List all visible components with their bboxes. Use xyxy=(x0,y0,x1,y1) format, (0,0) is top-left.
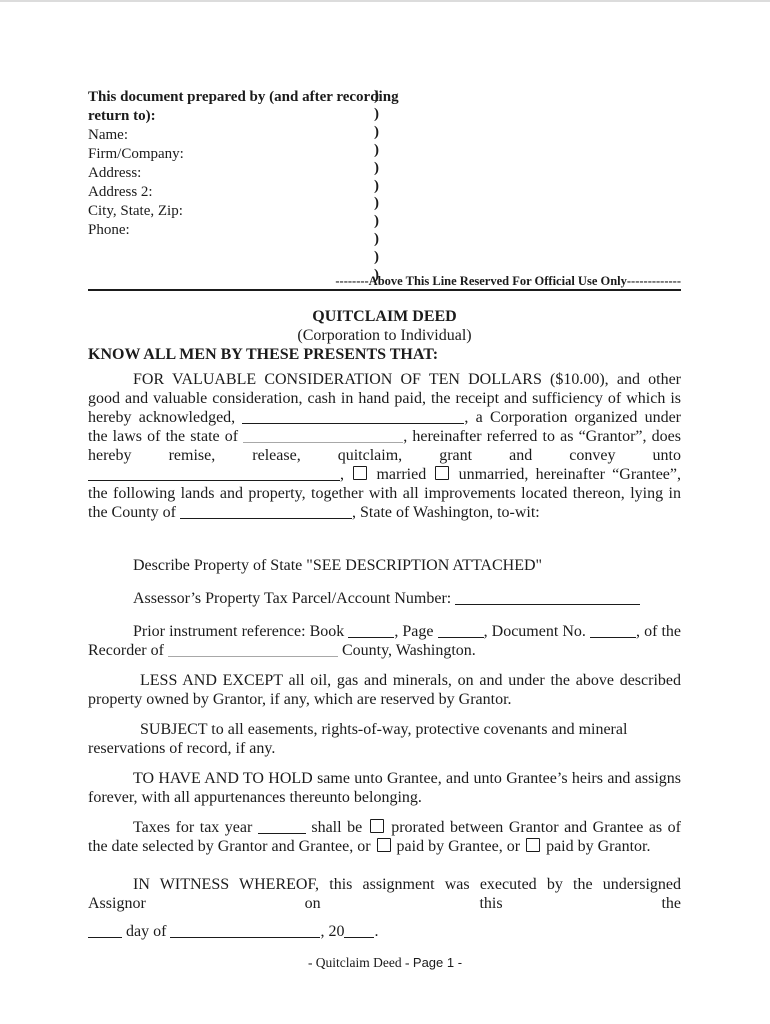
to-have-and-hold-paragraph: TO HAVE AND TO HOLD same unto Grantee, a… xyxy=(88,769,681,807)
paren-mark: ) xyxy=(374,142,379,160)
page-footer: - Quitclaim Deed - Page 1 - xyxy=(0,953,770,972)
header-field-label: City, State, Zip: xyxy=(88,202,681,221)
title-block: QUITCLAIM DEED (Corporation to Individua… xyxy=(88,307,681,345)
prepared-by-block: This document prepared by (and after rec… xyxy=(88,88,681,240)
consideration-paragraph: FOR VALUABLE CONSIDERATION OF TEN DOLLAR… xyxy=(88,370,681,522)
prior-instrument-paragraph: Prior instrument reference: Book , Page … xyxy=(88,622,681,660)
grantee-name-blank[interactable] xyxy=(88,466,340,481)
presents-heading: KNOW ALL MEN BY THESE PRESENTS THAT: xyxy=(88,345,681,364)
footer-document-name: - Quitclaim Deed - xyxy=(308,955,413,970)
header-field-label: Address 2: xyxy=(88,183,681,202)
married-checkbox[interactable] xyxy=(353,466,367,480)
county-blank[interactable] xyxy=(180,504,352,519)
year-short-blank[interactable] xyxy=(344,923,374,938)
witness-paragraph: IN WITNESS WHEREOF, this assignment was … xyxy=(88,875,681,913)
book-blank[interactable] xyxy=(348,623,394,638)
paren-mark: ) xyxy=(374,178,379,196)
paren-mark: ) xyxy=(374,88,379,106)
document-subtitle: (Corporation to Individual) xyxy=(88,326,681,345)
document-no-blank[interactable] xyxy=(590,623,636,638)
prepared-by-fields: Name:Firm/Company:Address:Address 2:City… xyxy=(88,126,681,240)
describe-property-line: Describe Property of State "SEE DESCRIPT… xyxy=(88,556,681,575)
header-field-label: Name: xyxy=(88,126,681,145)
paren-mark: ) xyxy=(374,213,379,231)
header-field-label: Firm/Company: xyxy=(88,145,681,164)
day-blank[interactable] xyxy=(88,923,122,938)
recorder-stamp-parens: ))))))))))) xyxy=(374,88,379,285)
paren-mark: ) xyxy=(374,160,379,178)
state-of-incorporation-blank[interactable] xyxy=(243,428,403,443)
unmarried-checkbox[interactable] xyxy=(435,466,449,480)
month-blank[interactable] xyxy=(170,923,320,938)
paren-mark: ) xyxy=(374,231,379,249)
paid-by-grantee-checkbox[interactable] xyxy=(377,838,391,852)
paren-mark: ) xyxy=(374,106,379,124)
date-line: day of , 20. xyxy=(88,922,681,941)
page-blank[interactable] xyxy=(438,623,484,638)
document-page: This document prepared by (and after rec… xyxy=(0,0,770,1024)
less-and-except-paragraph: LESS AND EXCEPT all oil, gas and mineral… xyxy=(88,671,681,709)
page-top-edge xyxy=(0,0,770,2)
recorder-county-blank[interactable] xyxy=(168,642,338,657)
subject-to-paragraph: SUBJECT to all easements, rights-of-way,… xyxy=(88,720,681,758)
assessor-parcel-line: Assessor’s Property Tax Parcel/Account N… xyxy=(88,589,681,608)
prepared-by-title-line1: This document prepared by (and after rec… xyxy=(88,88,681,107)
header-field-label: Phone: xyxy=(88,221,681,240)
prorated-checkbox[interactable] xyxy=(370,819,384,833)
prepared-by-title-line2: return to): xyxy=(88,107,681,126)
parcel-number-blank[interactable] xyxy=(455,590,640,605)
official-use-label: --------Above This Line Reserved For Off… xyxy=(335,275,681,288)
recording-header: This document prepared by (and after rec… xyxy=(88,88,681,291)
document-title: QUITCLAIM DEED xyxy=(88,307,681,326)
header-field-label: Address: xyxy=(88,164,681,183)
grantor-name-blank[interactable] xyxy=(242,409,464,424)
paren-mark: ) xyxy=(374,249,379,267)
paid-by-grantor-checkbox[interactable] xyxy=(526,838,540,852)
footer-page-number: Page 1 - xyxy=(413,955,462,970)
tax-year-blank[interactable] xyxy=(258,819,306,834)
taxes-paragraph: Taxes for tax year shall be prorated bet… xyxy=(88,818,681,856)
paren-mark: ) xyxy=(374,195,379,213)
paren-mark: ) xyxy=(374,124,379,142)
